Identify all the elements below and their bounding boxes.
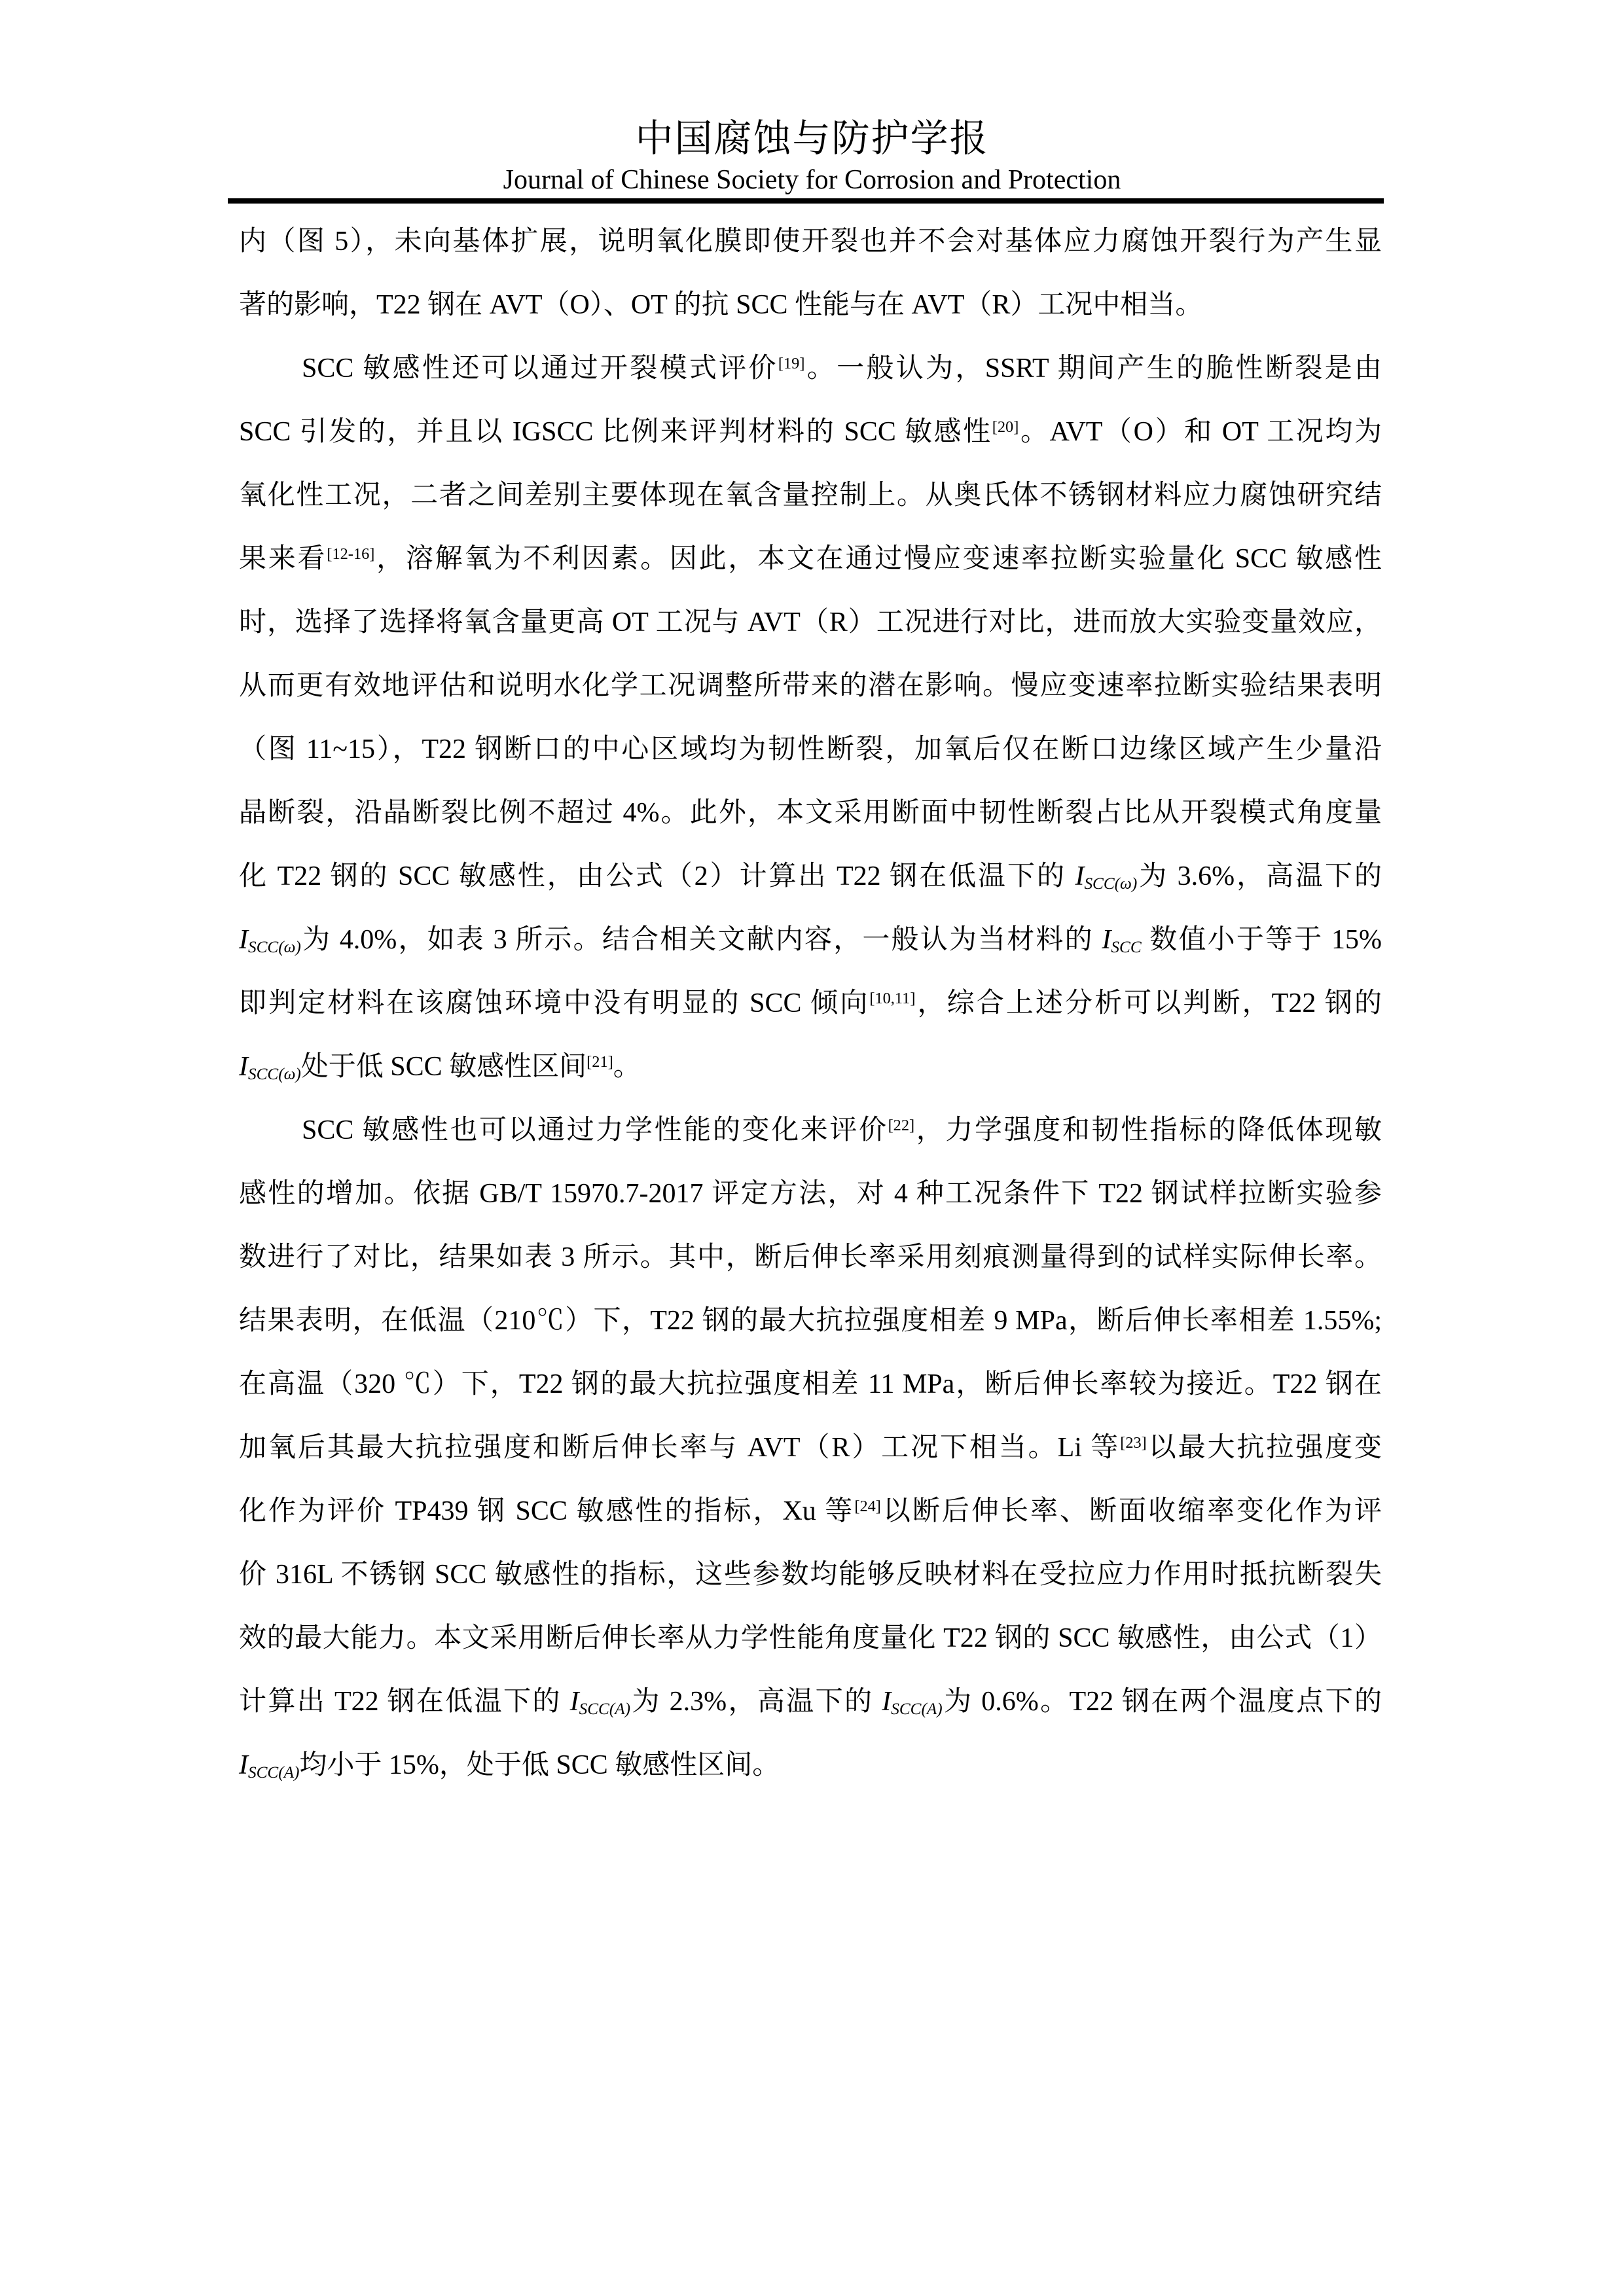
text-line: 化 T22 钢的 SCC 敏感性，由公式（2）计算出 T22 钢在低温下的 IS…	[239, 845, 1382, 908]
text-line: SCC 引发的，并且以 IGSCC 比例来评判材料的 SCC 敏感性[20]。A…	[239, 401, 1382, 464]
math-variable: ISCC(ω)	[239, 1052, 301, 1082]
text-line: 氧化性工况，二者之间差别主要体现在氧含量控制上。从奥氏体不锈钢材料应力腐蚀研究结	[239, 464, 1382, 528]
citation-reference: [20]	[992, 418, 1019, 436]
body-text: 内（图 5），未向基体扩展，说明氧化膜即使开裂也并不会对基体应力腐蚀开裂行为产生…	[239, 210, 1382, 1797]
text-line: 结果表明，在低温（210℃）下，T22 钢的最大抗拉强度相差 9 MPa，断后伸…	[239, 1289, 1382, 1353]
text-line: ISCC(ω)为 4.0%，如表 3 所示。结合相关文献内容，一般认为当材料的 …	[239, 908, 1382, 972]
text-line: ISCC(A)均小于 15%，处于低 SCC 敏感性区间。	[239, 1734, 1382, 1797]
text-line: 化作为评价 TP439 钢 SCC 敏感性的指标，Xu 等[24]以断后伸长率、…	[239, 1480, 1382, 1543]
math-variable: ISCC	[1102, 925, 1141, 955]
text-line: 时，选择了选择将氧含量更高 OT 工况与 AVT（R）工况进行对比，进而放大实验…	[239, 591, 1382, 655]
text-line: 在高温（320 ℃）下，T22 钢的最大抗拉强度相差 11 MPa，断后伸长率较…	[239, 1353, 1382, 1416]
text-line: SCC 敏感性也可以通过力学性能的变化来评价[22]，力学强度和韧性指标的降低体…	[239, 1099, 1382, 1162]
document-page: 中国腐蚀与防护学报 Journal of Chinese Society for…	[0, 0, 1624, 2296]
citation-reference: [21]	[586, 1053, 613, 1071]
citation-reference: [24]	[854, 1498, 881, 1515]
math-variable: ISCC(A)	[882, 1687, 942, 1717]
citation-reference: [12-16]	[327, 545, 374, 563]
text-line: 数进行了对比，结果如表 3 所示。其中，断后伸长率采用刻痕测量得到的试样实际伸长…	[239, 1226, 1382, 1289]
text-line: 即判定材料在该腐蚀环境中没有明显的 SCC 倾向[10,11]，综合上述分析可以…	[239, 972, 1382, 1035]
journal-title-english: Journal of Chinese Society for Corrosion…	[0, 165, 1624, 195]
text-line: 加氧后其最大抗拉强度和断后伸长率与 AVT（R）工况下相当。Li 等[23]以最…	[239, 1416, 1382, 1480]
text-line: 著的影响，T22 钢在 AVT（O）、OT 的抗 SCC 性能与在 AVT（R）…	[239, 274, 1382, 337]
text-line: （图 11~15），T22 钢断口的中心区域均为韧性断裂，加氧后仅在断口边缘区域…	[239, 718, 1382, 781]
text-line: 感性的增加。依据 GB/T 15970.7-2017 评定方法，对 4 种工况条…	[239, 1162, 1382, 1226]
math-variable: ISCC(A)	[239, 1750, 299, 1780]
text-line: 效的最大能力。本文采用断后伸长率从力学性能角度量化 T22 钢的 SCC 敏感性…	[239, 1607, 1382, 1670]
math-variable: ISCC(ω)	[1075, 861, 1137, 891]
citation-reference: [10,11]	[869, 990, 915, 1007]
journal-title-chinese: 中国腐蚀与防护学报	[0, 118, 1624, 160]
text-line: 价 316L 不锈钢 SCC 敏感性的指标，这些参数均能够反映材料在受拉应力作用…	[239, 1543, 1382, 1607]
text-line: 计算出 T22 钢在低温下的 ISCC(A)为 2.3%，高温下的 ISCC(A…	[239, 1670, 1382, 1734]
citation-reference: [23]	[1120, 1434, 1147, 1452]
text-line: 果来看[12-16]，溶解氧为不利因素。因此，本文在通过慢应变速率拉断实验量化 …	[239, 528, 1382, 591]
text-line: SCC 敏感性还可以通过开裂模式评价[19]。一般认为，SSRT 期间产生的脆性…	[239, 337, 1382, 401]
citation-reference: [22]	[888, 1117, 915, 1134]
text-line: 从而更有效地评估和说明水化学工况调整所带来的潜在影响。慢应变速率拉断实验结果表明	[239, 655, 1382, 718]
math-variable: ISCC(A)	[570, 1687, 630, 1717]
header-rule	[228, 198, 1384, 204]
citation-reference: [19]	[778, 355, 805, 372]
text-line: 内（图 5），未向基体扩展，说明氧化膜即使开裂也并不会对基体应力腐蚀开裂行为产生…	[239, 210, 1382, 274]
math-variable: ISCC(ω)	[239, 925, 301, 955]
text-line: ISCC(ω)处于低 SCC 敏感性区间[21]。	[239, 1035, 1382, 1099]
text-line: 晶断裂，沿晶断裂比例不超过 4%。此外，本文采用断面中韧性断裂占比从开裂模式角度…	[239, 781, 1382, 845]
